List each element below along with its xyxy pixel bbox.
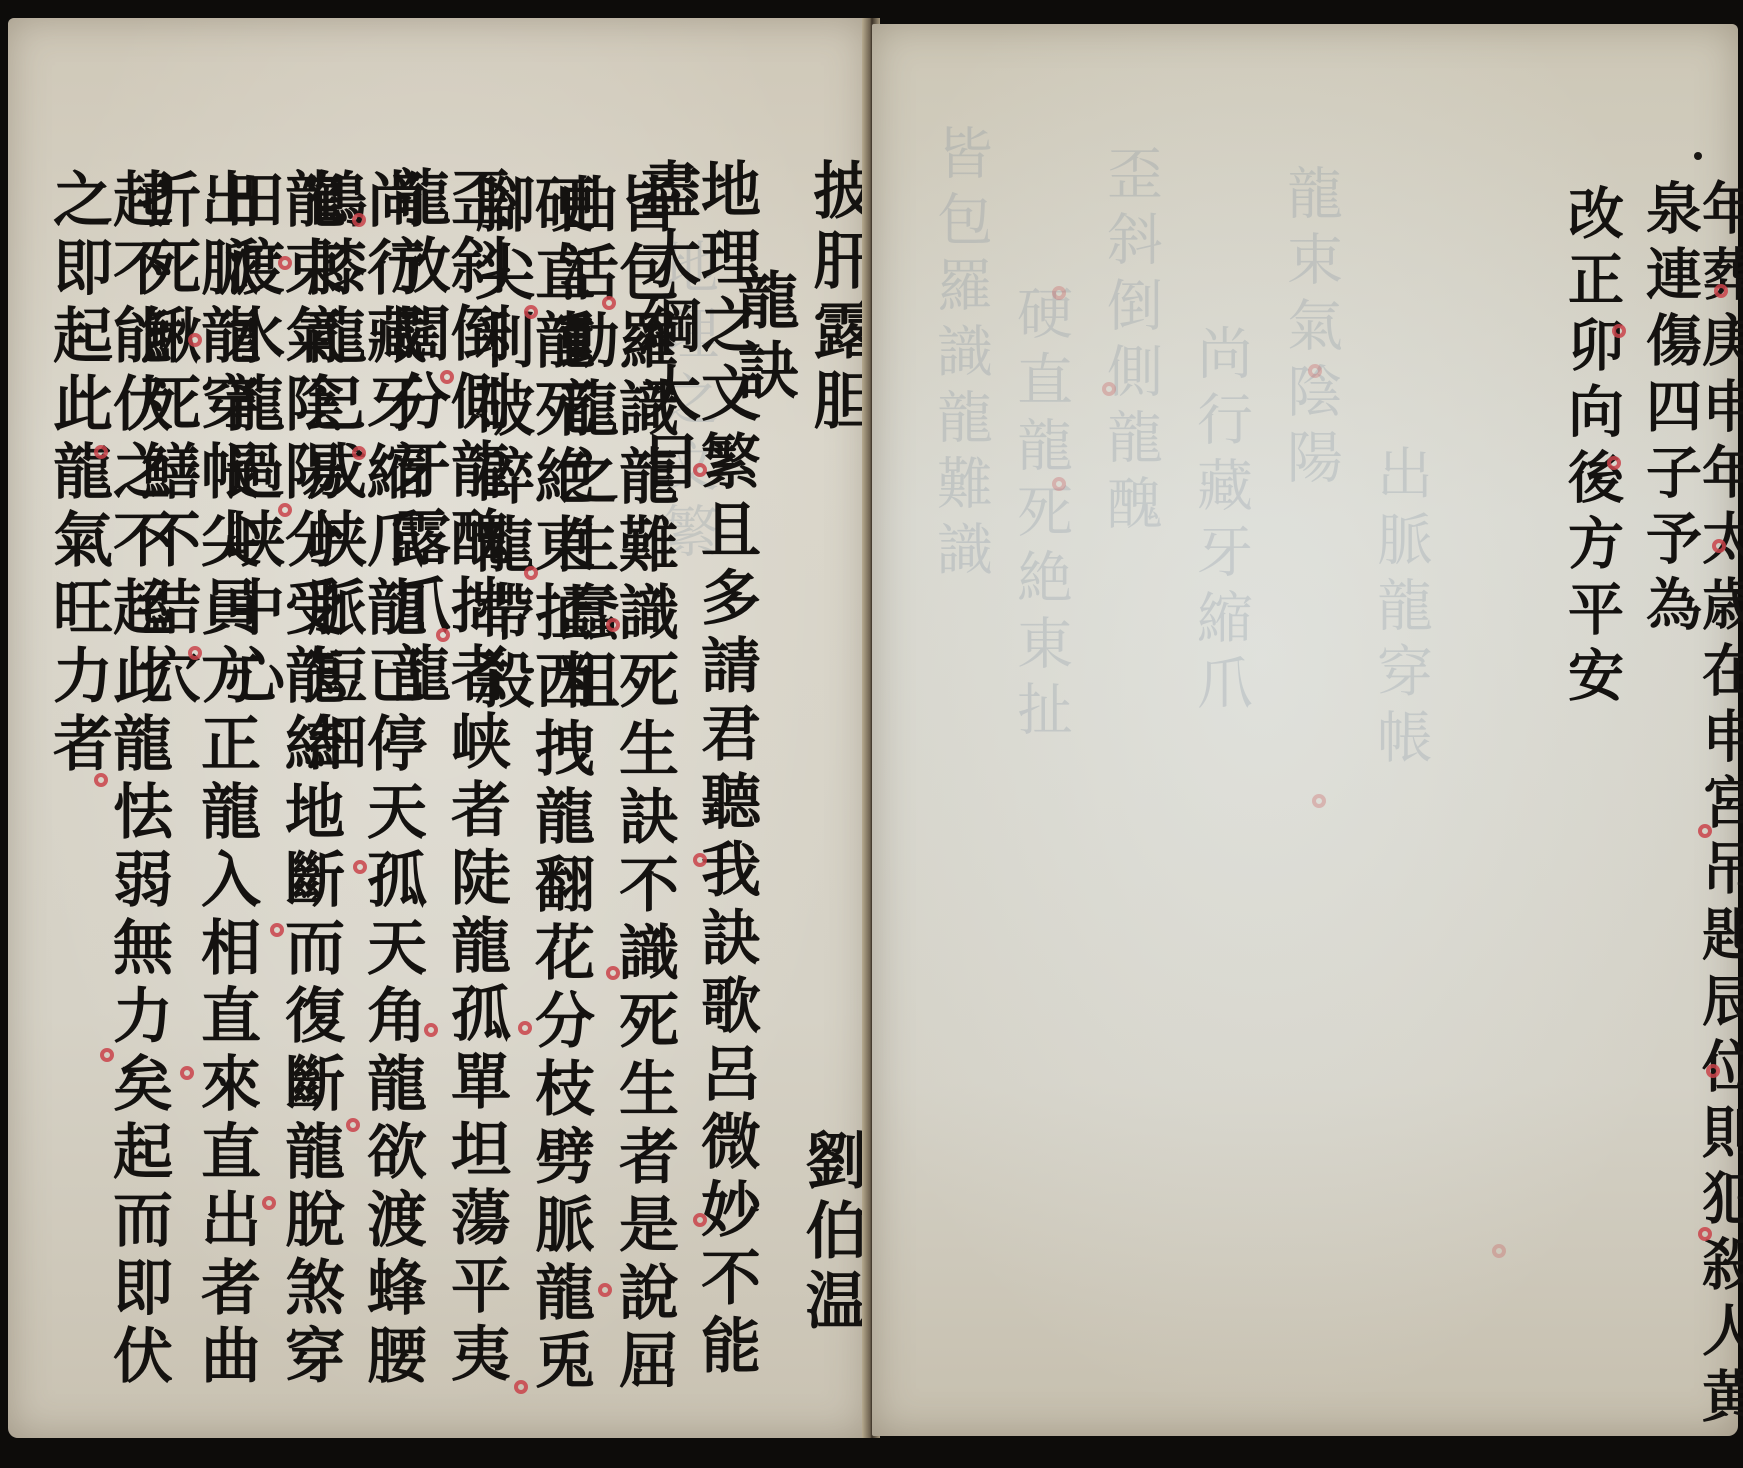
bleed-through-text: 尚行藏牙縮爪: [1192, 324, 1248, 720]
text-column-2: 改正卯向後方平安: [1564, 184, 1620, 712]
author-name: 劉伯温: [800, 1128, 862, 1338]
punctuation-mark: [188, 333, 202, 347]
bleed-through-text: 皆包羅識龍難識: [932, 124, 988, 586]
punctuation-mark: [424, 1023, 438, 1037]
punctuation-mark: [1698, 824, 1712, 838]
punctuation-mark: [1706, 1064, 1720, 1078]
punctuation-mark: [1612, 324, 1626, 338]
punctuation-mark: [518, 1021, 532, 1035]
punctuation-mark: [278, 503, 292, 517]
punctuation-mark: [693, 853, 707, 867]
punctuation-mark: [602, 296, 616, 310]
punctuation-mark: [270, 923, 284, 937]
ink-dot: [1694, 152, 1702, 160]
punctuation-mark: [352, 446, 366, 460]
punctuation-mark: [188, 646, 202, 660]
bleed-through-text: 出脈龍穿帳: [1372, 444, 1428, 774]
punctuation-mark: [346, 1118, 360, 1132]
punctuation-mark: [514, 1380, 528, 1394]
punctuation-mark: [598, 1283, 612, 1297]
bleed-through-text: 龍束氣陰陽: [1282, 164, 1338, 494]
punctuation-mark: [606, 966, 620, 980]
punctuation-mark: [693, 1213, 707, 1227]
faint-punctuation-mark: [1492, 1244, 1506, 1258]
punctuation-mark: [94, 445, 108, 459]
punctuation-mark: [524, 305, 538, 319]
punctuation-mark: [94, 773, 108, 787]
text-column-8: 起不能伏之不起此龍怯弱無力矣起而即伏之即起此龍氣旺力者: [48, 168, 168, 1438]
punctuation-mark: [353, 860, 367, 874]
left-page: 地理之文繁 披肝露胆 龍訣 劉伯温 地理之文繁且多請君聽我訣歌呂微妙不能盡大綱大…: [8, 18, 868, 1438]
faint-punctuation-mark: [1308, 364, 1322, 378]
punctuation-mark: [262, 1196, 276, 1210]
punctuation-mark: [278, 256, 292, 270]
punctuation-mark: [180, 1066, 194, 1080]
punctuation-mark: [1712, 539, 1726, 553]
punctuation-mark: [693, 463, 707, 477]
page-title: 披肝露胆: [808, 158, 870, 438]
faint-punctuation-mark: [1052, 286, 1066, 300]
punctuation-mark: [1714, 284, 1728, 298]
faint-punctuation-mark: [1052, 477, 1066, 491]
punctuation-mark: [1607, 456, 1621, 470]
faint-punctuation-mark: [1312, 794, 1326, 808]
faint-punctuation-mark: [1102, 382, 1116, 396]
punctuation-mark: [606, 618, 620, 632]
punctuation-mark: [524, 566, 538, 580]
punctuation-mark: [1698, 1227, 1712, 1241]
bleed-through-text: 歪斜倒側龍醜: [1102, 144, 1158, 540]
text-column-1: 年葬庚申年太歳在申宮吊匙辰位則犯殺人黄泉連傷四子予為: [1642, 179, 1743, 1436]
punctuation-mark: [100, 1048, 114, 1062]
punctuation-mark: [436, 628, 450, 642]
punctuation-mark: [440, 370, 454, 384]
punctuation-mark: [352, 213, 366, 227]
right-page: 皆包羅識龍難識 硬直龍死絶東扯 歪斜倒側龍醜 尚行藏牙縮爪 龍束氣陰陽 出脈龍穿…: [872, 24, 1738, 1436]
bleed-through-text: 硬直龍死絶東扯: [1012, 284, 1068, 746]
